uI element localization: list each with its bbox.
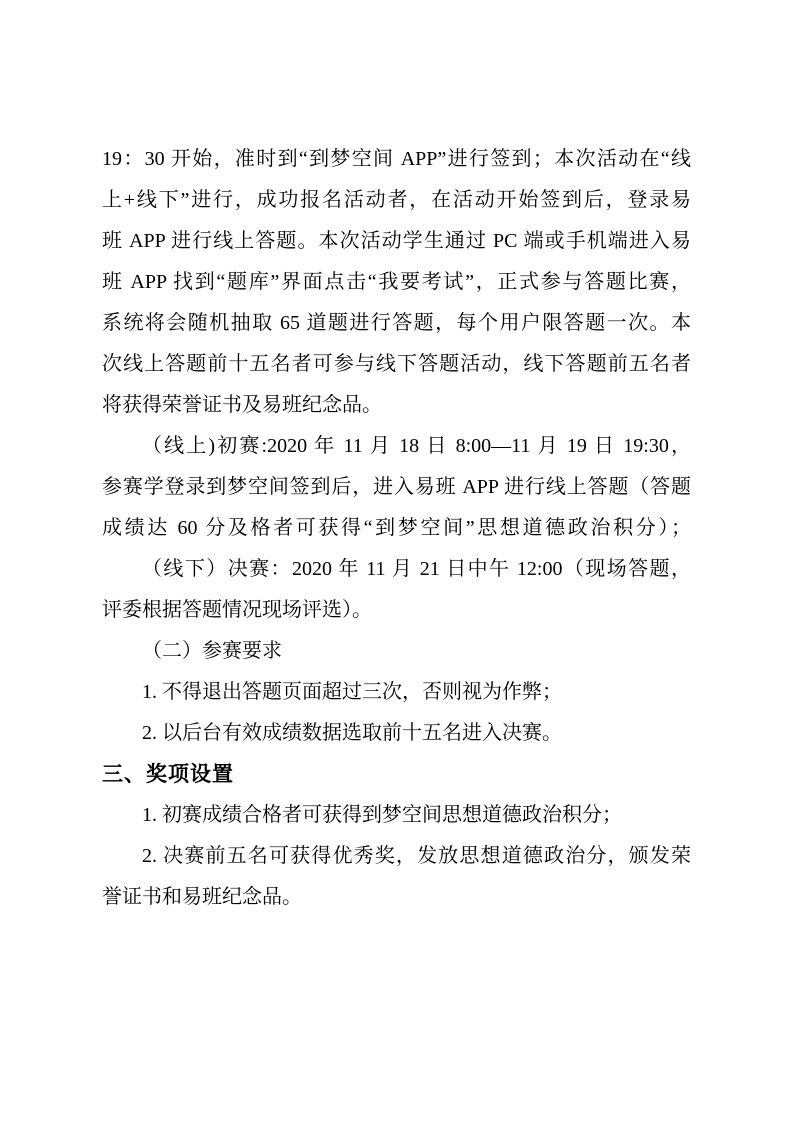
document-text-block: 19：30 开始，准时到“到梦空间 APP”进行签到；本次活动在“线 上+线下”…	[102, 139, 691, 918]
text-line: 成绩达 60 分及格者可获得“到梦空间”思想道德政治积分）；	[102, 508, 691, 549]
text-line: 系统将会随机抽取 65 道题进行答题，每个用户限答题一次。本	[102, 303, 691, 344]
text-line: 19：30 开始，准时到“到梦空间 APP”进行签到；本次活动在“线	[102, 139, 691, 180]
text-line: 1. 不得退出答题页面超过三次，否则视为作弊；	[102, 672, 691, 713]
text-line: （二）参赛要求	[102, 631, 691, 672]
document-page: 19：30 开始，准时到“到梦空间 APP”进行签到；本次活动在“线 上+线下”…	[0, 0, 793, 1122]
text-line: 次线上答题前十五名者可参与线下答题活动，线下答题前五名者	[102, 344, 691, 385]
text-line: 参赛学登录到梦空间签到后，进入易班 APP 进行线上答题（答题	[102, 467, 691, 508]
text-line: 1. 初赛成绩合格者可获得到梦空间思想道德政治积分；	[102, 795, 691, 836]
section-heading: 三、奖项设置	[102, 754, 691, 795]
text-line: 班 APP 找到“题库”界面点击“我要考试”，正式参与答题比赛，	[102, 262, 691, 303]
text-line: 上+线下”进行，成功报名活动者，在活动开始签到后，登录易	[102, 180, 691, 221]
text-line: 2. 以后台有效成绩数据选取前十五名进入决赛。	[102, 713, 691, 754]
text-line: （线下）决赛：2020 年 11 月 21 日中午 12:00（现场答题，	[102, 549, 691, 590]
text-line: 2. 决赛前五名可获得优秀奖，发放思想道德政治分，颁发荣	[102, 836, 691, 877]
text-line: 誉证书和易班纪念品。	[102, 877, 691, 918]
text-line: （线上)初赛:2020 年 11 月 18 日 8:00—11 月 19 日 1…	[102, 426, 691, 467]
text-line: 将获得荣誉证书及易班纪念品。	[102, 385, 691, 426]
text-line: 班 APP 进行线上答题。本次活动学生通过 PC 端或手机端进入易	[102, 221, 691, 262]
text-line: 评委根据答题情况现场评选）。	[102, 590, 691, 631]
